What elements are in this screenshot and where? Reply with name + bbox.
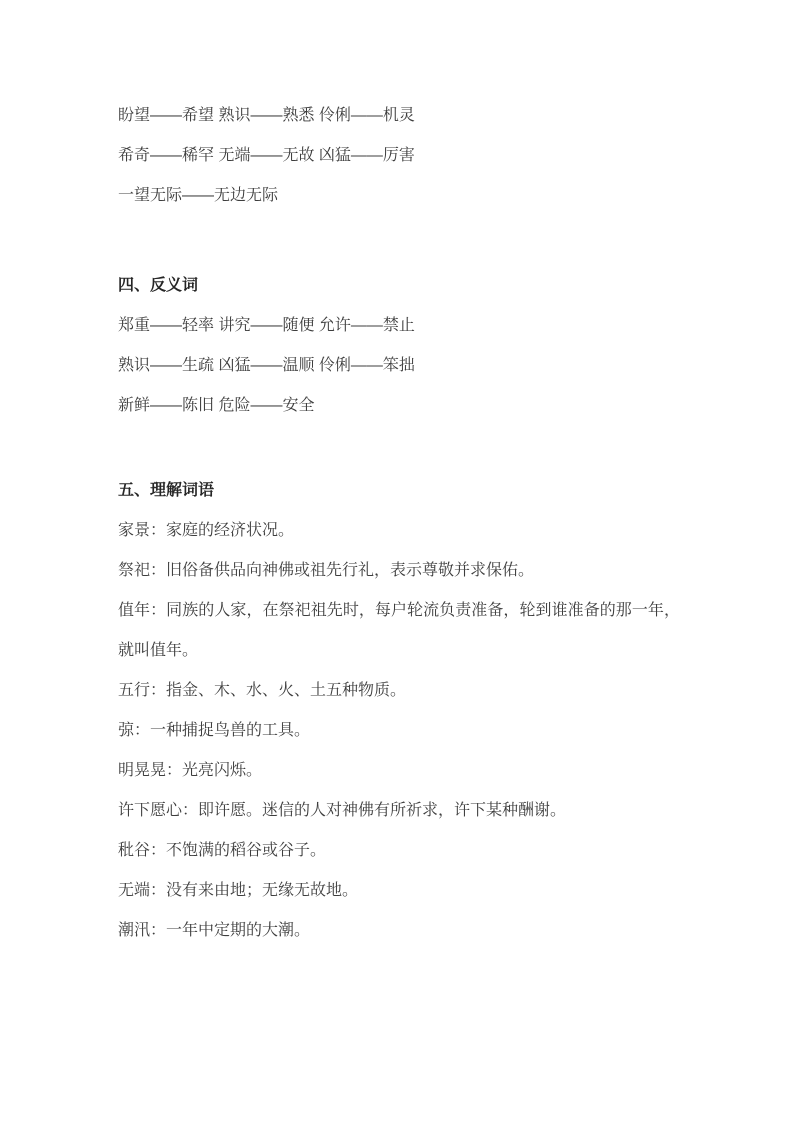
definition-line: 值年：同族的人家，在祭祀祖先时，每户轮流负责准备，轮到谁准备的那一年，就叫值年。: [118, 591, 680, 671]
definition-line: 明晃晃：光亮闪烁。: [118, 751, 680, 791]
definition-line: 家景：家庭的经济状况。: [118, 511, 680, 551]
section-heading-vocabulary: 五、理解词语: [118, 471, 680, 511]
definition-line: 秕谷：不饱满的稻谷或谷子。: [118, 831, 680, 871]
antonym-line: 熟识——生疏 凶猛——温顺 伶俐——笨拙: [118, 346, 680, 386]
synonym-line: 一望无际——无边无际: [118, 176, 680, 216]
antonym-line: 新鲜——陈旧 危险——安全: [118, 386, 680, 426]
document-page: 盼望——希望 熟识——熟悉 伶俐——机灵 希奇——稀罕 无端——无故 凶猛——厉…: [0, 0, 793, 1122]
synonym-line: 希奇——稀罕 无端——无故 凶猛——厉害: [118, 136, 680, 176]
section-heading-antonyms: 四、反义词: [118, 266, 680, 306]
definition-line: 祭祀：旧俗备供品向神佛或祖先行礼，表示尊敬并求保佑。: [118, 551, 680, 591]
document-content: 盼望——希望 熟识——熟悉 伶俐——机灵 希奇——稀罕 无端——无故 凶猛——厉…: [118, 96, 680, 951]
definition-line: 许下愿心：即许愿。迷信的人对神佛有所祈求，许下某种酬谢。: [118, 791, 680, 831]
synonym-line: 盼望——希望 熟识——熟悉 伶俐——机灵: [118, 96, 680, 136]
definition-line: 五行：指金、木、水、火、土五种物质。: [118, 671, 680, 711]
antonym-line: 郑重——轻率 讲究——随便 允许——禁止: [118, 306, 680, 346]
definition-line: 潮汛：一年中定期的大潮。: [118, 911, 680, 951]
definition-line: 弶：一种捕捉鸟兽的工具。: [118, 711, 680, 751]
definition-line: 无端：没有来由地；无缘无故地。: [118, 871, 680, 911]
